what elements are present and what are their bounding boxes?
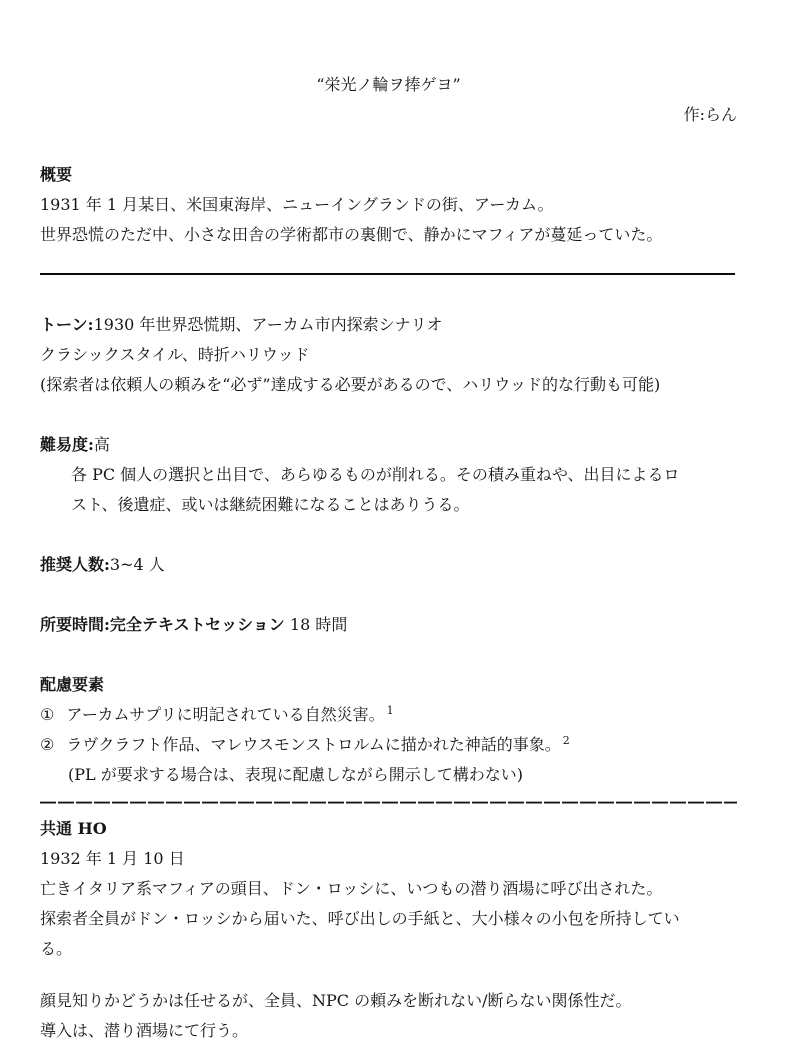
duration-line: 所要時間:完全テキストセッション 18 時間: [40, 610, 737, 640]
care-item-1: ①アーカムサプリに明記されている自然災害。1: [40, 700, 737, 730]
care-note: (PL が要求する場合は、表現に配慮しながら開示して構わない): [40, 760, 737, 790]
overview-line-2: 世界恐慌のただ中、小さな田舎の学術都市の裏側で、静かにマフィアが蔓延っていた。: [40, 220, 737, 250]
care-heading: 配慮要素: [40, 670, 737, 700]
tone-label: トーン:: [40, 315, 94, 334]
common-ho-para1-line3: る。: [40, 934, 737, 964]
document-title: “栄光ノ輪ヲ捧ゲヨ”: [40, 70, 737, 100]
difficulty-detail-1: 各 PC 個人の選択と出目で、あらゆるものが削れる。その積み重ねや、出目によるロ: [40, 460, 737, 490]
common-ho-para2-line1: 顔見知りかどうかは任せるが、全員、NPC の頼みを断れない/断らない関係性だ。: [40, 986, 737, 1016]
common-ho-para1-line2: 探索者全員がドン・ロッシから届いた、呼び出しの手紙と、大小様々の小包を所持してい: [40, 904, 737, 934]
section-divider-dashed: ――――――――――――――――――――――――――――――――――――――――…: [40, 790, 737, 814]
players-label: 推奨人数:: [40, 555, 110, 574]
document-page: “栄光ノ輪ヲ捧ゲヨ” 作:らん 概要 1931 年 1 月某日、米国東海岸、ニュ…: [0, 0, 799, 1050]
care-item-1-number: ①: [40, 700, 54, 730]
author-credit: 作:らん: [40, 100, 737, 130]
tone-line-2: クラシックスタイル、時折ハリウッド: [40, 340, 737, 370]
care-item-2: ②ラヴクラフト作品、マレウスモンストロルムに描かれた神話的事象。2: [40, 730, 737, 760]
section-divider-solid: [40, 250, 737, 280]
footnote-marker-1: 1: [387, 704, 394, 717]
duration-label: 所要時間:: [40, 615, 110, 634]
common-ho-para2-line2: 導入は、潜り酒場にて行う。: [40, 1016, 737, 1046]
players-line: 推奨人数:3~4 人: [40, 550, 737, 580]
difficulty-label: 難易度:: [40, 435, 94, 454]
care-item-1-text: アーカムサプリに明記されている自然災害。: [66, 705, 384, 724]
common-ho-heading: 共通 HO: [40, 814, 737, 844]
tone-line-3: (探索者は依頼人の頼みを“必ず”達成する必要があるので、ハリウッド的な行動も可能…: [40, 370, 737, 400]
care-item-2-text: ラヴクラフト作品、マレウスモンストロルムに描かれた神話的事象。: [66, 735, 560, 754]
tone-line: トーン:1930 年世界恐慌期、アーカム市内探索シナリオ: [40, 310, 737, 340]
duration-value: 18 時間: [285, 615, 348, 634]
common-ho-para1-line1: 亡きイタリア系マフィアの頭目、ドン・ロッシに、いつもの潜り酒場に呼び出された。: [40, 874, 737, 904]
difficulty-value: 高: [94, 435, 110, 454]
duration-bold-value: 完全テキストセッション: [110, 615, 285, 634]
players-value: 3~4 人: [110, 555, 165, 574]
footnote-marker-2: 2: [563, 734, 570, 747]
care-item-2-number: ②: [40, 730, 54, 760]
difficulty-detail-2: スト、後遺症、或いは継続困難になることはありうる。: [40, 490, 737, 520]
overview-line-1: 1931 年 1 月某日、米国東海岸、ニューイングランドの街、アーカム。: [40, 190, 737, 220]
common-ho-date: 1932 年 1 月 10 日: [40, 844, 737, 874]
overview-heading: 概要: [40, 160, 737, 190]
tone-value: 1930 年世界恐慌期、アーカム市内探索シナリオ: [94, 315, 443, 334]
difficulty-line: 難易度:高: [40, 430, 737, 460]
